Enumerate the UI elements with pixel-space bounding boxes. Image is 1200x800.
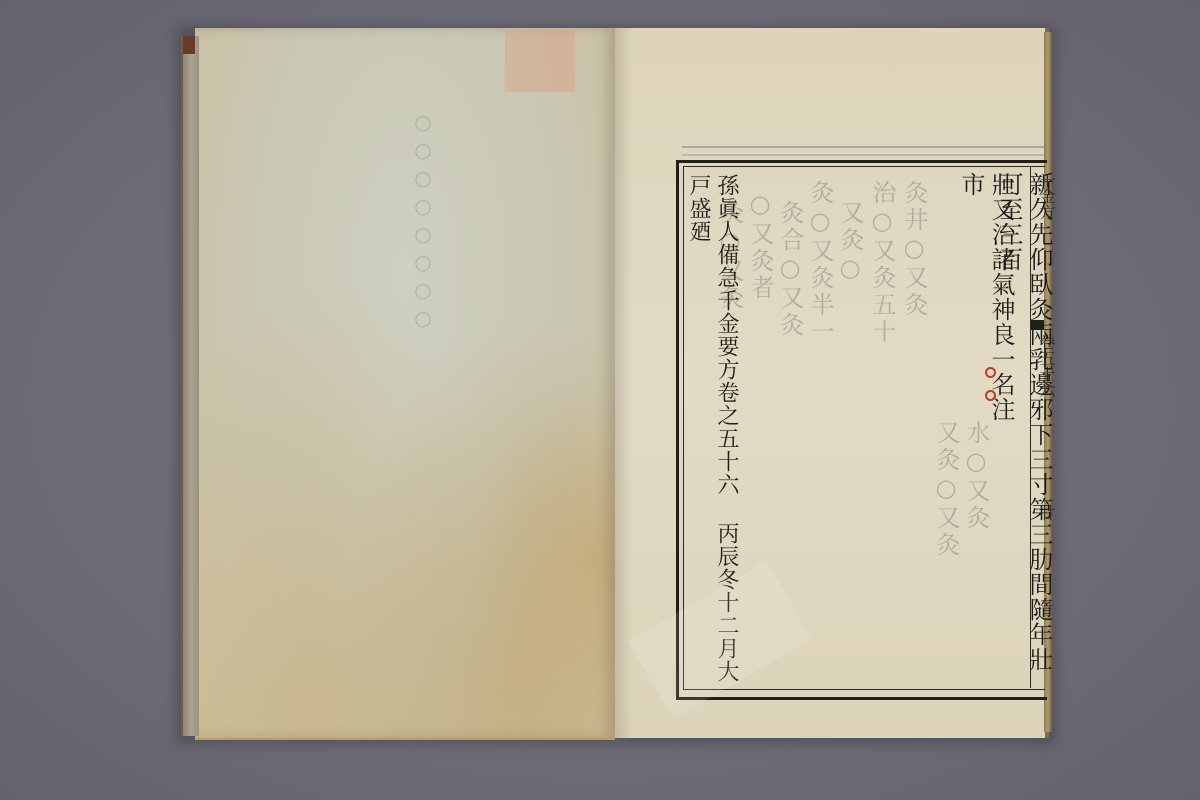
red-punctuation-mark xyxy=(985,390,996,401)
book-photograph: ○○○○○○○○ 灸井○又灸 治○又灸五十 又灸○ 灸○又灸半一 灸合○又灸 ○… xyxy=(0,0,1200,800)
ghost-text-column: 又灸○又灸 xyxy=(932,420,960,680)
bleed-through-frame-rule xyxy=(682,146,1044,156)
left-page xyxy=(195,28,615,740)
ghost-text-column: 又灸○ xyxy=(836,200,864,680)
left-bleed-through-text: ○○○○○○○○ xyxy=(410,110,436,334)
book-spine-edge xyxy=(181,36,199,736)
corner-binding-tab xyxy=(183,36,195,54)
ghost-text-column: 治○又灸五十 xyxy=(868,180,896,680)
faded-seal-stamp xyxy=(505,30,575,92)
red-punctuation-mark xyxy=(985,367,996,378)
ghost-text-column: 水○又灸 xyxy=(962,420,990,680)
ghost-text-column: 灸○又灸半一 xyxy=(806,180,834,680)
ghost-text-column: 灸井○又灸 xyxy=(900,180,928,680)
